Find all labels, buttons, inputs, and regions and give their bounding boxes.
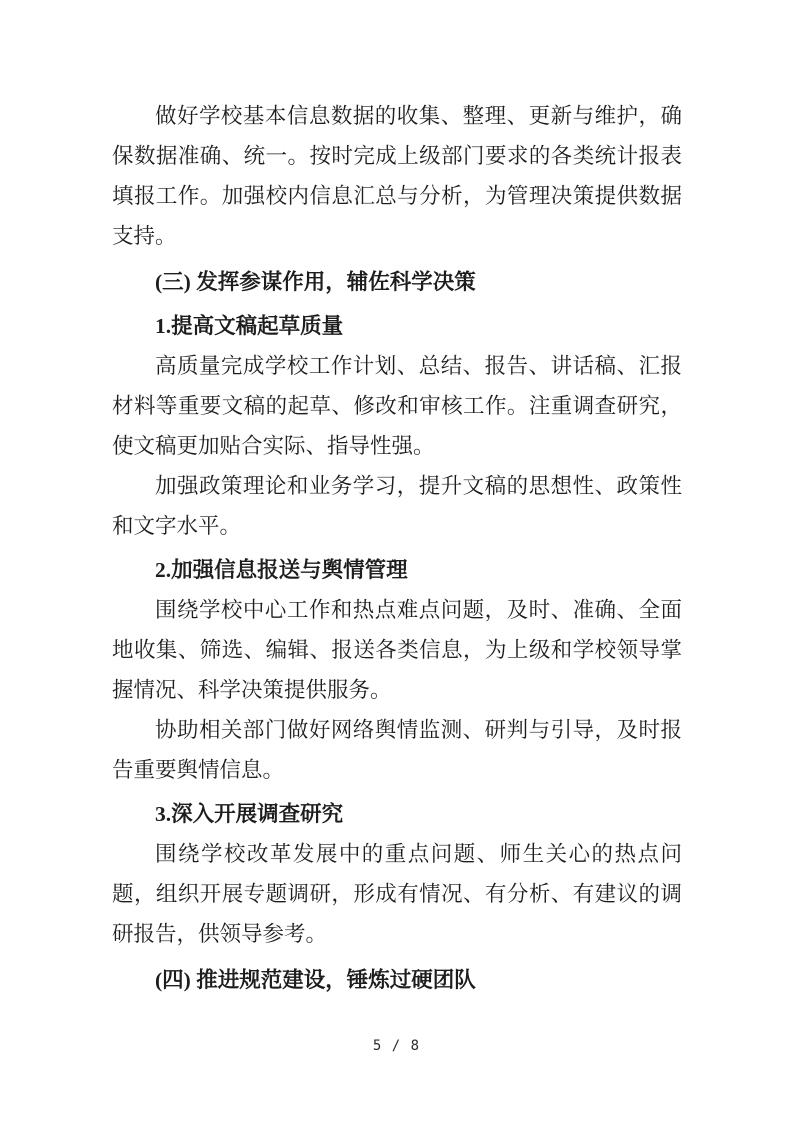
section-heading: (四) 推进规范建设，锤炼过硬团队 (112, 960, 682, 1000)
paragraph: 围绕学校改革发展中的重点问题、师生关心的热点问题，组织开展专题调研，形成有情况、… (112, 834, 682, 954)
paragraph: 加强政策理论和业务学习，提升文稿的思想性、政策性和文字水平。 (112, 466, 682, 546)
page-footer: 5 / 8 (0, 1038, 793, 1054)
page-number: 5 / 8 (373, 1038, 420, 1054)
paragraph: 做好学校基本信息数据的收集、整理、更新与维护，确保数据准确、统一。按时完成上级部… (112, 96, 682, 256)
paragraph: 协助相关部门做好网络舆情监测、研判与引导，及时报告重要舆情信息。 (112, 710, 682, 790)
paragraph: 围绕学校中心工作和热点难点问题，及时、准确、全面地收集、筛选、编辑、报送各类信息… (112, 590, 682, 710)
document-body: 做好学校基本信息数据的收集、整理、更新与维护，确保数据准确、统一。按时完成上级部… (112, 96, 682, 1000)
sub-heading: 2.加强信息报送与舆情管理 (112, 550, 682, 590)
document-page: 做好学校基本信息数据的收集、整理、更新与维护，确保数据准确、统一。按时完成上级部… (0, 0, 793, 1122)
sub-heading: 1.提高文稿起草质量 (112, 306, 682, 346)
paragraph: 高质量完成学校工作计划、总结、报告、讲话稿、汇报材料等重要文稿的起草、修改和审核… (112, 346, 682, 466)
sub-heading: 3.深入开展调查研究 (112, 794, 682, 834)
section-heading: (三) 发挥参谋作用，辅佐科学决策 (112, 262, 682, 302)
